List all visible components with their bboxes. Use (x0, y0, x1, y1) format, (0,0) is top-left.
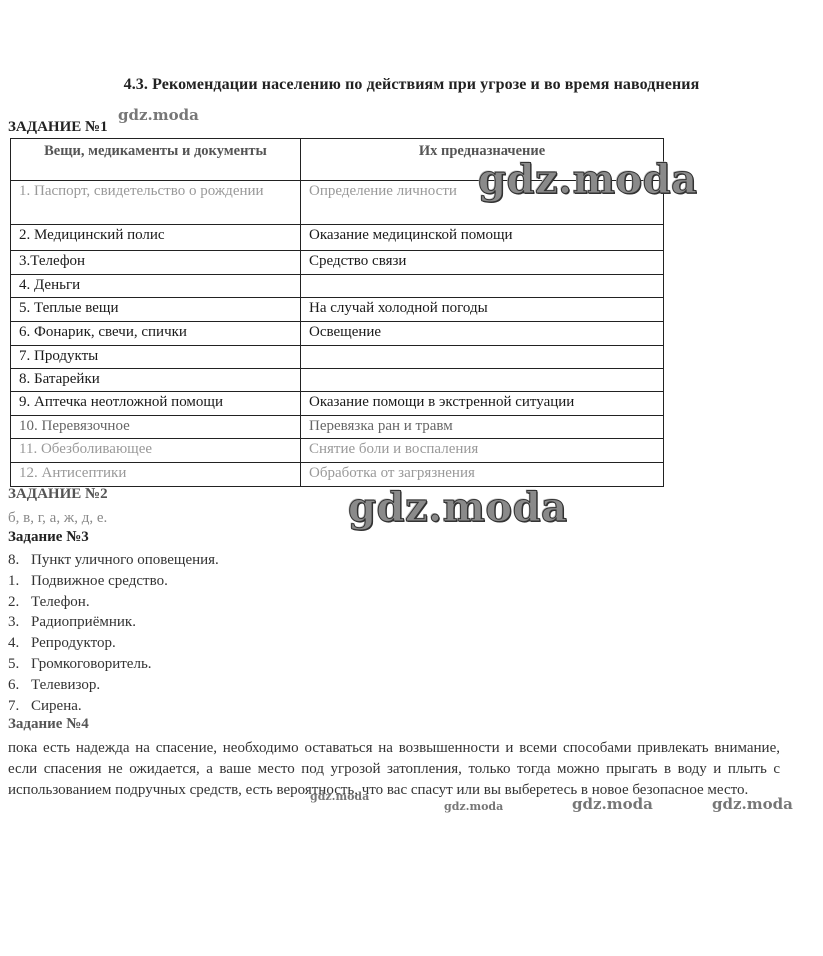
task3-heading: Задание №3 (8, 529, 89, 546)
table-row: 2. Медицинский полисОказание медицинской… (11, 225, 664, 251)
list-item-text: Репродуктор. (31, 635, 116, 651)
table-row: 1. Паспорт, свидетельство о рожденииОпре… (11, 181, 664, 225)
table-row: 6. Фонарик, свечи, спичкиОсвещение (11, 322, 664, 346)
table-row: 7. Продукты (11, 346, 664, 369)
list-item-number: 1. (8, 571, 31, 592)
list-item-text: Пункт уличного оповещения. (31, 552, 219, 568)
list-item: 8.Пункт уличного оповещения. (8, 550, 219, 571)
list-item-number: 8. (8, 550, 31, 571)
watermark: gdz.moda (118, 106, 199, 124)
list-item-number: 3. (8, 612, 31, 633)
list-item: 5.Громкоговоритель. (8, 654, 219, 675)
task1-table: Вещи, медикаменты и документы Их предназ… (10, 138, 664, 487)
item-cell: 9. Аптечка неотложной помощи (11, 392, 301, 416)
list-item-number: 5. (8, 654, 31, 675)
table-row: 5. Теплые вещиНа случай холодной погоды (11, 298, 664, 322)
table-row: 11. ОбезболивающееСнятие боли и воспален… (11, 439, 664, 463)
table-row: 10. ПеревязочноеПеревязка ран и травм (11, 416, 664, 439)
purpose-cell: Оказание помощи в экстренной ситуации (301, 392, 664, 416)
list-item-text: Телевизор. (31, 677, 100, 693)
table-row: 8. Батарейки (11, 369, 664, 392)
purpose-cell: Определение личности (301, 181, 664, 225)
list-item-text: Громкоговоритель. (31, 656, 152, 672)
task4-heading: Задание №4 (8, 716, 89, 733)
list-item-number: 7. (8, 696, 31, 717)
purpose-cell (301, 275, 664, 298)
list-item: 7.Сирена. (8, 696, 219, 717)
purpose-cell: На случай холодной погоды (301, 298, 664, 322)
table-row: 12. АнтисептикиОбработка от загрязнения (11, 463, 664, 487)
purpose-cell: Средство связи (301, 251, 664, 275)
list-item-text: Подвижное средство. (31, 573, 168, 589)
task2-answer: б, в, г, а, ж, д, е. (8, 508, 107, 528)
task1-heading: ЗАДАНИЕ №1 (8, 119, 108, 136)
list-item: 6.Телевизор. (8, 675, 219, 696)
list-item-text: Телефон. (31, 594, 90, 610)
list-item-number: 6. (8, 675, 31, 696)
item-cell: 11. Обезболивающее (11, 439, 301, 463)
item-cell: 4. Деньги (11, 275, 301, 298)
table-row: 3.ТелефонСредство связи (11, 251, 664, 275)
purpose-cell: Обработка от загрязнения (301, 463, 664, 487)
purpose-cell: Освещение (301, 322, 664, 346)
item-cell: 10. Перевязочное (11, 416, 301, 439)
column-header-items: Вещи, медикаменты и документы (11, 139, 301, 181)
purpose-cell: Перевязка ран и травм (301, 416, 664, 439)
item-cell: 1. Паспорт, свидетельство о рождении (11, 181, 301, 225)
list-item: 2.Телефон. (8, 592, 219, 613)
watermark: gdz.moda (444, 800, 503, 813)
item-cell: 8. Батарейки (11, 369, 301, 392)
item-cell: 7. Продукты (11, 346, 301, 369)
page-title: 4.3. Рекомендации населению по действиям… (0, 76, 823, 94)
task2-heading: ЗАДАНИЕ №2 (8, 486, 108, 503)
table-row: 4. Деньги (11, 275, 664, 298)
list-item: 1.Подвижное средство. (8, 571, 219, 592)
list-item-number: 4. (8, 633, 31, 654)
purpose-cell (301, 369, 664, 392)
purpose-cell: Снятие боли и воспаления (301, 439, 664, 463)
list-item: 4.Репродуктор. (8, 633, 219, 654)
item-cell: 2. Медицинский полис (11, 225, 301, 251)
item-cell: 6. Фонарик, свечи, спички (11, 322, 301, 346)
item-cell: 5. Теплые вещи (11, 298, 301, 322)
purpose-cell (301, 346, 664, 369)
item-cell: 3.Телефон (11, 251, 301, 275)
watermark: gdz.moda (348, 484, 567, 531)
table-row: 9. Аптечка неотложной помощиОказание пом… (11, 392, 664, 416)
task3-list: 8.Пункт уличного оповещения.1.Подвижное … (8, 550, 219, 716)
item-cell: 12. Антисептики (11, 463, 301, 487)
list-item-text: Радиоприёмник. (31, 614, 136, 630)
column-header-purpose: Их предназначение (301, 139, 664, 181)
table-header-row: Вещи, медикаменты и документы Их предназ… (11, 139, 664, 181)
list-item: 3.Радиоприёмник. (8, 612, 219, 633)
purpose-cell: Оказание медицинской помощи (301, 225, 664, 251)
list-item-text: Сирена. (31, 698, 82, 714)
list-item-number: 2. (8, 592, 31, 613)
task4-answer: пока есть надежда на спасение, необходим… (8, 738, 780, 801)
